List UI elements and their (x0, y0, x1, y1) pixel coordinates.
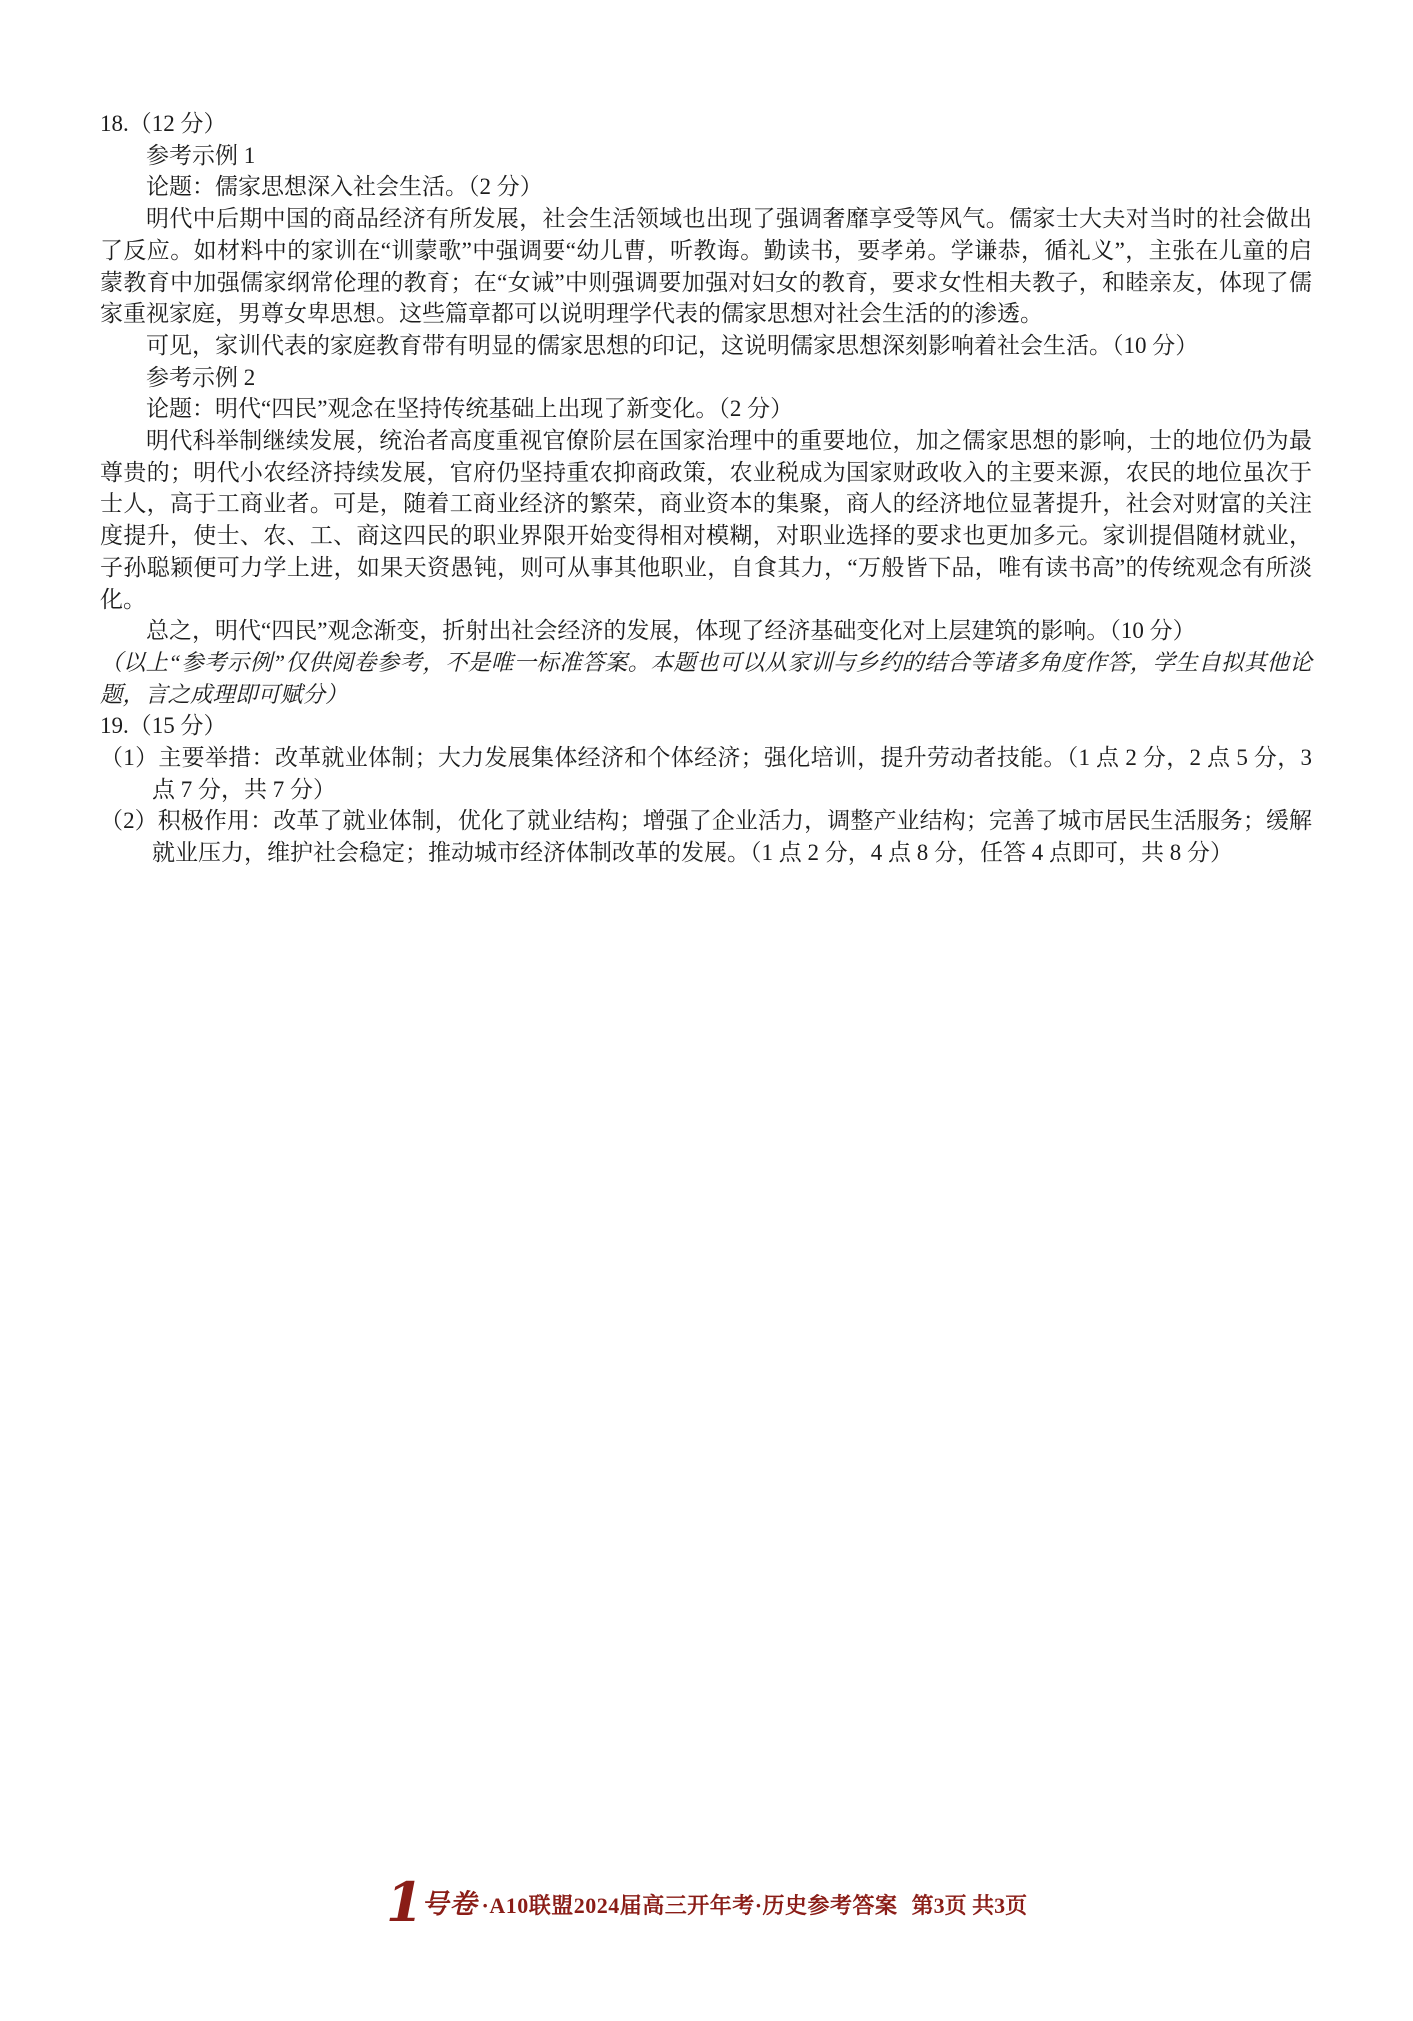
footer-page-indicator: 第3页 共3页 (912, 1893, 1028, 1918)
question-18-heading: 18.（12 分） (100, 108, 1312, 140)
example2-topic: 论题：明代“四民”观念在坚持传统基础上出现了新变化。（2 分） (100, 393, 1312, 425)
example2-conclusion: 总之，明代“四民”观念渐变，折射出社会经济的发展，体现了经济基础变化对上层建筑的… (100, 615, 1312, 647)
answer-content: 18.（12 分） 参考示例 1 论题：儒家思想深入社会生活。（2 分） 明代中… (100, 108, 1312, 869)
answer-item-1: （1）主要举措：改革就业体制；大力发展集体经济和个体经济；强化培训，提升劳动者技… (100, 742, 1312, 805)
page-footer: 1号卷·A10联盟2024届高三开年考·历史参考答案第3页 共3页 (0, 1872, 1413, 1936)
answer-item-2: （2）积极作用：改革了就业体制，优化了就业结构；增强了企业活力，调整产业结构；完… (100, 805, 1312, 868)
question-19-heading: 19.（15 分） (100, 710, 1312, 742)
exam-brand-logo-numeral: 1 (386, 1870, 420, 1934)
example2-title: 参考示例 2 (100, 362, 1312, 394)
example1-topic: 论题：儒家思想深入社会生活。（2 分） (100, 171, 1312, 203)
answer-sheet-page: 18.（12 分） 参考示例 1 论题：儒家思想深入社会生活。（2 分） 明代中… (0, 0, 1413, 2021)
exam-brand-logo-text: 号卷 (421, 1889, 477, 1919)
grading-note: （以上“参考示例”仅供阅卷参考，不是唯一标准答案。本题也可以从家训与乡约的结合等… (100, 647, 1312, 710)
example1-conclusion: 可见，家训代表的家庭教育带有明显的儒家思想的印记，这说明儒家思想深刻影响着社会生… (100, 330, 1312, 362)
example1-title: 参考示例 1 (100, 140, 1312, 172)
example1-body: 明代中后期中国的商品经济有所发展，社会生活领域也出现了强调奢靡享受等风气。儒家士… (100, 203, 1312, 330)
footer-exam-title: ·A10联盟2024届高三开年考·历史参考答案 (481, 1893, 897, 1918)
example2-body: 明代科举制继续发展，统治者高度重视官僚阶层在国家治理中的重要地位，加之儒家思想的… (100, 425, 1312, 615)
